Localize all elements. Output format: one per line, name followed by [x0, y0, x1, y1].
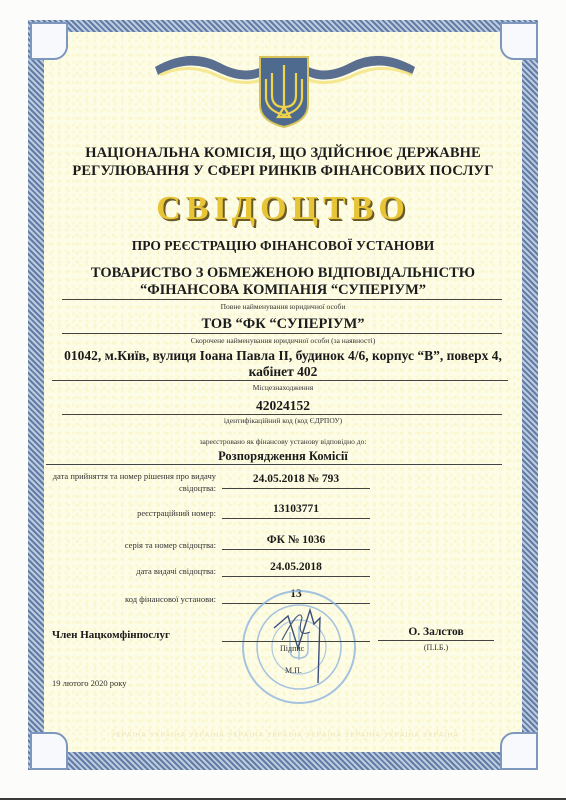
registration-basis: Розпорядження Комісії: [0, 449, 566, 464]
field-label-institution-code: код фінансової установи:: [52, 594, 216, 604]
divider: [62, 333, 502, 334]
short-name: ТОВ “ФК “СУПЕРІУМ”: [0, 316, 566, 333]
certificate-page: НАЦІОНАЛЬНА КОМІСІЯ, ЩО ЗДІЙСНЮЄ ДЕРЖАВН…: [0, 0, 566, 798]
border-corner-bottom-left: [30, 732, 68, 770]
field-value-series-number: ФК № 1036: [222, 534, 370, 546]
field-value-registration-number: 13103771: [222, 503, 370, 515]
full-name-line-1: ТОВАРИСТВО З ОБМЕЖЕНОЮ ВІДПОВІДАЛЬНІСТЮ: [0, 265, 566, 282]
signatory-name: О. Залстов: [378, 626, 494, 638]
full-name-caption: Повне найменування юридичної особи: [0, 302, 566, 311]
border-corner-top-right: [500, 22, 538, 60]
divider: [46, 464, 502, 465]
short-name-caption: Скорочене найменування юридичної особи (…: [0, 336, 566, 345]
edrpou-caption: ідентифікаційний код (код ЄДРПОУ): [0, 416, 566, 425]
certificate-title: СВІДОЦТВО: [0, 190, 566, 228]
field-value-decision: 24.05.2018 № 793: [222, 473, 370, 485]
full-name-line-2: “ФІНАНСОВА КОМПАНІЯ “СУПЕРІУМ”: [0, 282, 566, 299]
microtext-band: УКРАЇНА УКРАЇНА УКРАЇНА УКРАЇНА УКРАЇНА …: [90, 732, 480, 739]
signature-caption: Підпис: [280, 644, 304, 653]
field-label-issue-date: дата видачі свідоцтва:: [52, 566, 216, 576]
signatory-title: Член Нацкомфінпослуг: [52, 629, 170, 641]
issuer-line-1: НАЦІОНАЛЬНА КОМІСІЯ, ЩО ЗДІЙСНЮЄ ДЕРЖАВН…: [0, 145, 566, 162]
name-line: [378, 640, 494, 641]
divider: [62, 414, 502, 415]
divider: [62, 299, 502, 300]
border-corner-top-left: [30, 22, 68, 60]
name-caption: (П.І.Б.): [378, 643, 494, 652]
field-label-decision: дата прийняття та номер рішення про вида…: [52, 470, 216, 494]
field-underline: [222, 488, 370, 489]
signature-line: [222, 641, 370, 642]
seal-caption: М.П.: [285, 666, 302, 675]
border-corner-bottom-right: [500, 732, 538, 770]
address-line-1: 01042, м.Київ, вулиця Іоана Павла ІІ, бу…: [0, 348, 566, 364]
edrpou-code: 42024152: [0, 398, 566, 414]
trident-coat-of-arms-icon: [258, 55, 310, 129]
issuer-line-2: РЕГУЛЮВАННЯ У СФЕРІ РИНКІВ ФІНАНСОВИХ ПО…: [0, 163, 566, 180]
address-line-2: кабінет 402: [0, 364, 566, 380]
registered-caption: зареєстровано як фінансову установу відп…: [0, 437, 566, 446]
address-caption: Місцезнаходження: [0, 383, 566, 392]
field-label-series-number: серія та номер свідоцтва:: [52, 540, 216, 550]
certificate-subtitle: ПРО РЕЄСТРАЦІЮ ФІНАНСОВОЇ УСТАНОВИ: [0, 238, 566, 254]
field-underline: [222, 549, 370, 550]
divider: [52, 380, 508, 381]
issue-date-footer: 19 лютого 2020 року: [52, 678, 127, 688]
field-underline: [222, 518, 370, 519]
field-value-issue-date: 24.05.2018: [222, 561, 370, 573]
field-label-registration-number: реєстраційний номер:: [52, 508, 216, 518]
field-underline: [222, 576, 370, 577]
